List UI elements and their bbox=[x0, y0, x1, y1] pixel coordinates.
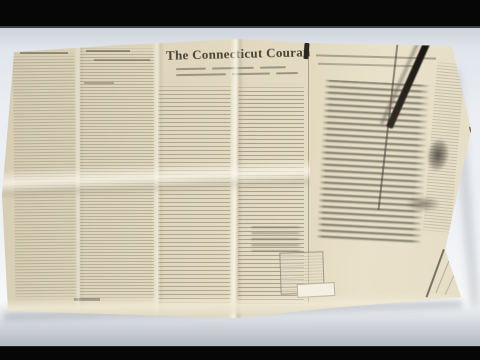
right-page-large-print-block bbox=[316, 79, 430, 246]
newspaper-sheet: The Connecticut Courant. bbox=[0, 26, 480, 346]
headline-dash bbox=[84, 82, 114, 84]
front-page-dark-paragraph bbox=[250, 226, 302, 252]
subtitle-segment bbox=[176, 73, 226, 76]
photo-background: The Connecticut Courant. bbox=[0, 26, 480, 346]
headline-dash bbox=[20, 52, 68, 54]
subtitle-segment bbox=[176, 68, 206, 71]
left-page-column-3 bbox=[158, 82, 231, 308]
headline-dash bbox=[94, 59, 150, 61]
subtitle-segment bbox=[276, 72, 298, 74]
subtitle-segment bbox=[260, 66, 286, 68]
headline-dash bbox=[86, 50, 130, 52]
dark-text-smudge bbox=[405, 196, 441, 212]
video-frame: The Connecticut Courant. bbox=[0, 0, 480, 360]
letterbox-top-bar bbox=[0, 0, 480, 28]
letterbox-bottom-bar bbox=[0, 346, 480, 360]
